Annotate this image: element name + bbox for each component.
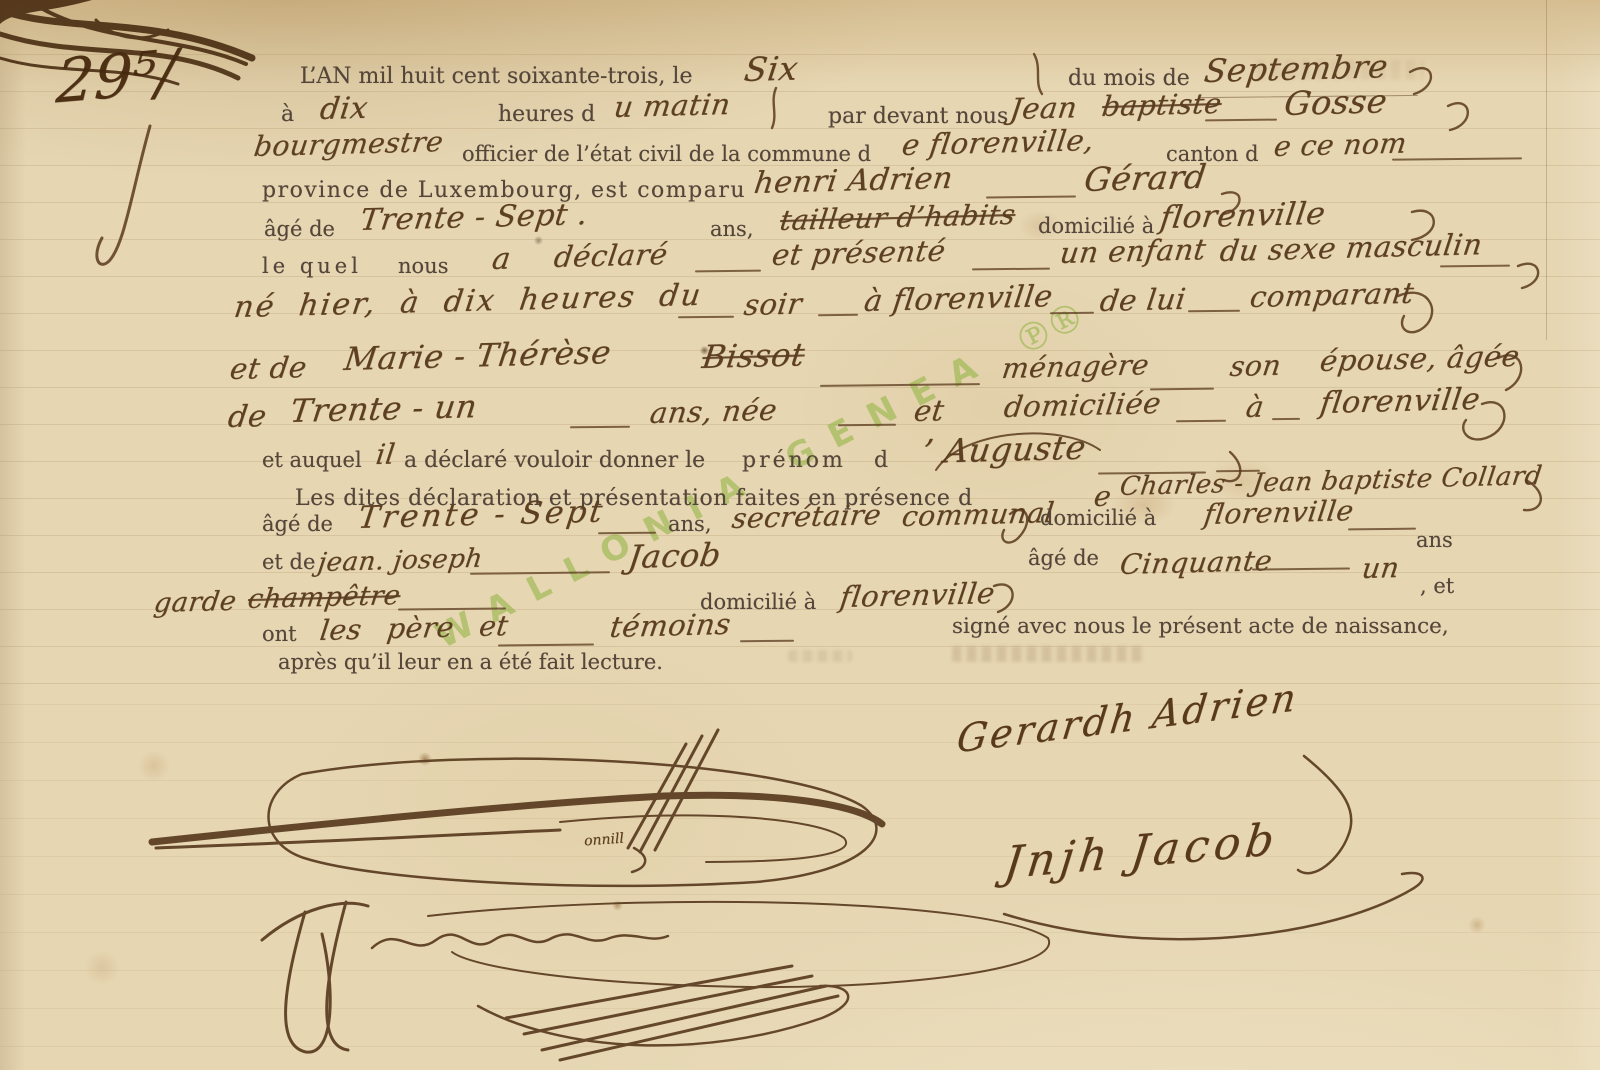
collard-paraph-flourish [152,730,882,886]
gerard-signature-tail [1298,756,1351,873]
birth-record-page: { "doc": { "act_number": "29⁵/", "waterm… [0,0,1600,1070]
line-end-swash [1518,264,1538,288]
gerard-line-swash [1222,192,1240,214]
comparant-tail [1398,293,1432,333]
residence-tail [994,584,1013,612]
agee-tail [1498,355,1521,390]
separator-stroke [772,88,776,128]
gosse-signature-flourish [262,902,1049,1060]
florenville-tail [1463,402,1504,439]
collard-line-hook [1524,480,1541,510]
ink-overlay [0,0,1600,1070]
corner-flourish [0,0,252,84]
florenville-swash [1412,211,1434,240]
communal-hook [1002,510,1027,542]
separator-stroke [1034,54,1042,94]
auguste-hook [1224,452,1240,481]
pen-strokes [97,54,1541,612]
auguste-overarc [936,433,1100,470]
act-number-flourish [97,126,150,264]
septembre-swash [1410,68,1431,94]
jacob-signature-underline [1004,873,1423,939]
gosse-swash [1448,103,1468,130]
